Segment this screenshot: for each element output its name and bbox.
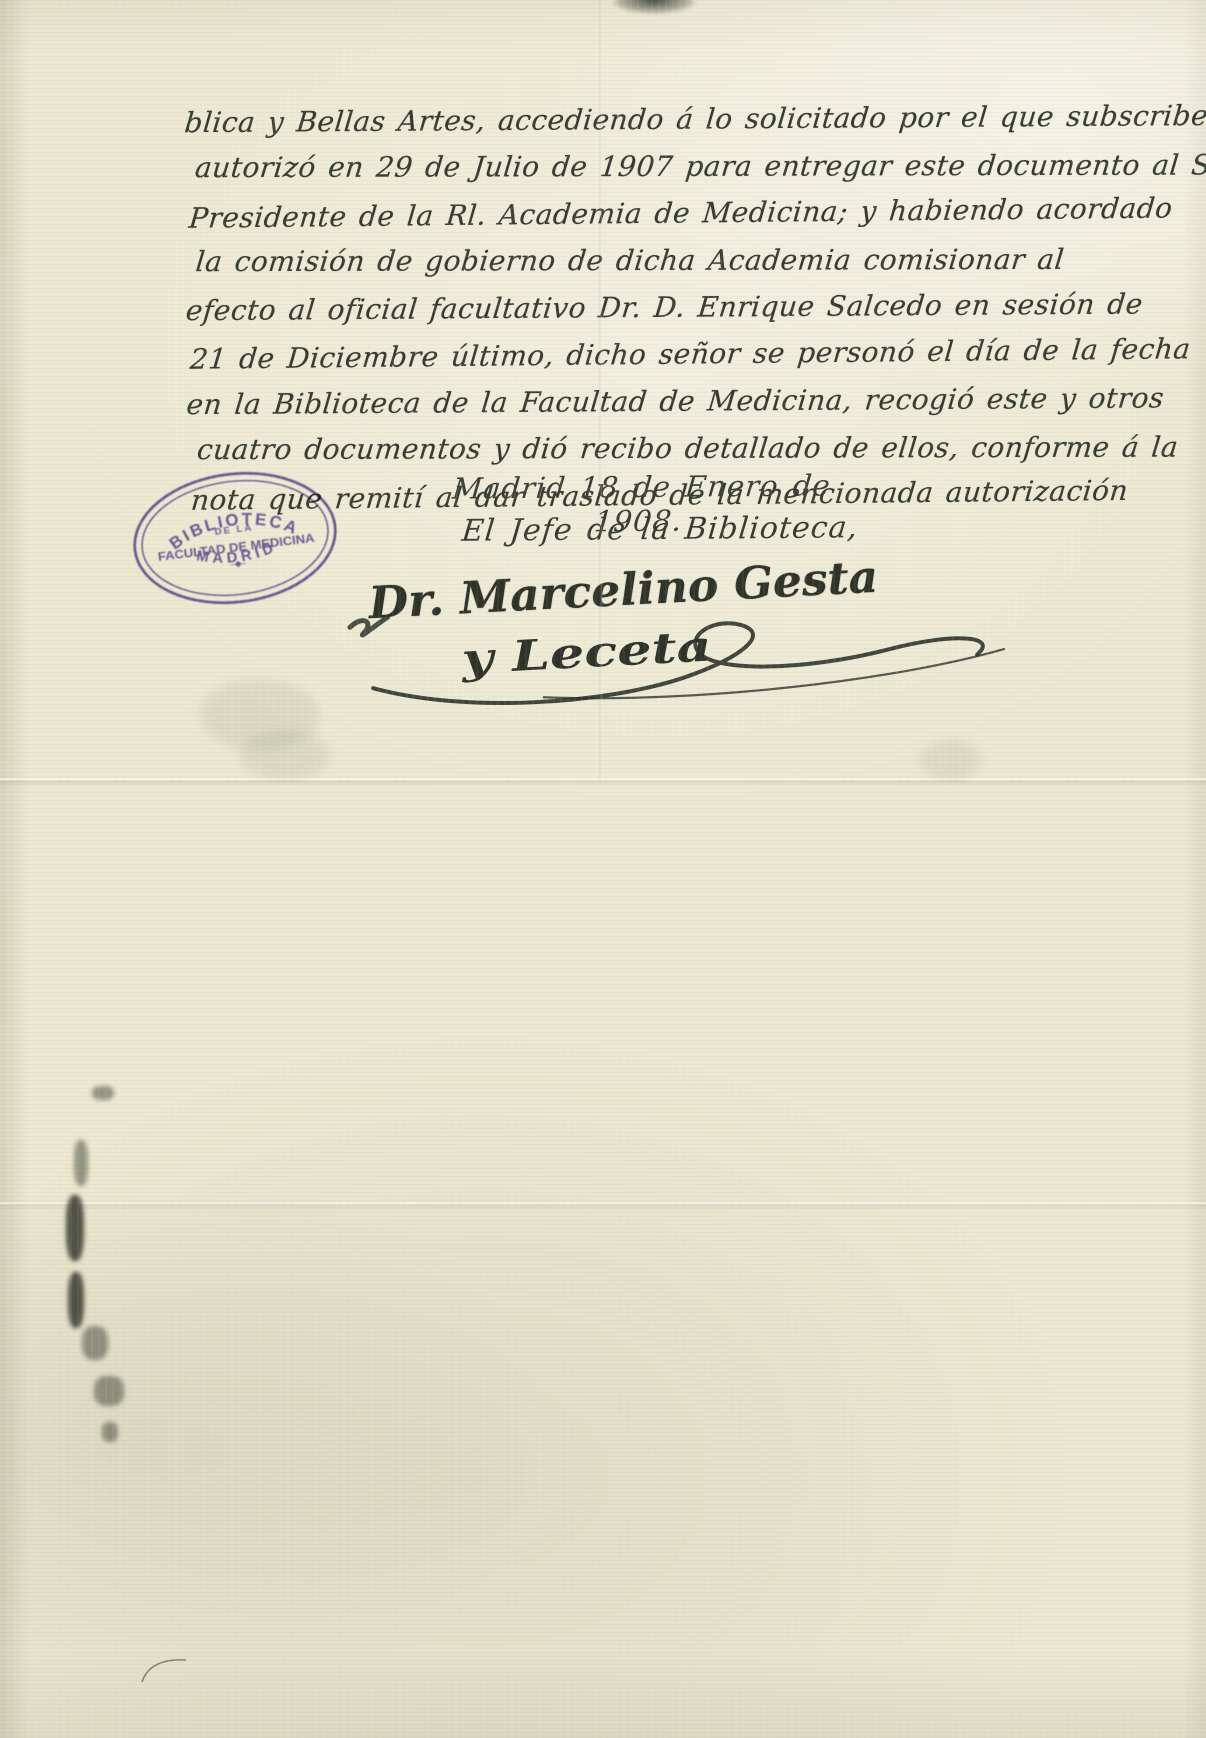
manuscript-line: Presidente de la Rl. Academia de Medicin… (187, 185, 1098, 242)
fold-crease-upper (0, 778, 1206, 786)
faint-smudge (240, 730, 330, 780)
ink-smear (102, 1422, 118, 1442)
scanned-manuscript-page: blica y Bellas Artes, accediendo á lo so… (0, 0, 1206, 1738)
ink-smear (94, 1376, 124, 1406)
ink-smear (74, 1140, 88, 1186)
manuscript-line: autorizó en 29 de Julio de 1907 para ent… (193, 142, 1097, 191)
paper-shading (0, 1200, 560, 1738)
stray-pen-mark (138, 1650, 198, 1690)
manuscript-line: en la Biblioteca de la Facultad de Medic… (184, 375, 1099, 428)
manuscript-line: 21 de Diciembre último, dicho señor se p… (188, 326, 1099, 383)
faint-smudge (200, 680, 320, 750)
ink-smear (66, 1195, 84, 1261)
signature-name: Dr. Marcelino Gesta (365, 552, 879, 630)
ink-smear (68, 1272, 84, 1328)
ink-smear (92, 1086, 114, 1100)
manuscript-line: la comisión de gobierno de dicha Academi… (193, 236, 1097, 285)
ink-smear (82, 1326, 108, 1360)
signature: Dr. Marcelino Gesta y Leceta (330, 540, 1030, 710)
manuscript-line: efecto al oficial facultativo Dr. D. Enr… (184, 281, 1099, 334)
fold-crease-lower (0, 1202, 1206, 1210)
ink-smudge-top (612, 0, 696, 14)
library-stamp: BIBLIOTECA DE LA FACULTAD DE MEDICINA –◆… (122, 456, 347, 621)
faint-smudge (920, 740, 980, 780)
manuscript-line: blica y Bellas Artes, accediendo á lo so… (182, 93, 1097, 146)
signature-name-2: y Leceta (459, 621, 713, 683)
